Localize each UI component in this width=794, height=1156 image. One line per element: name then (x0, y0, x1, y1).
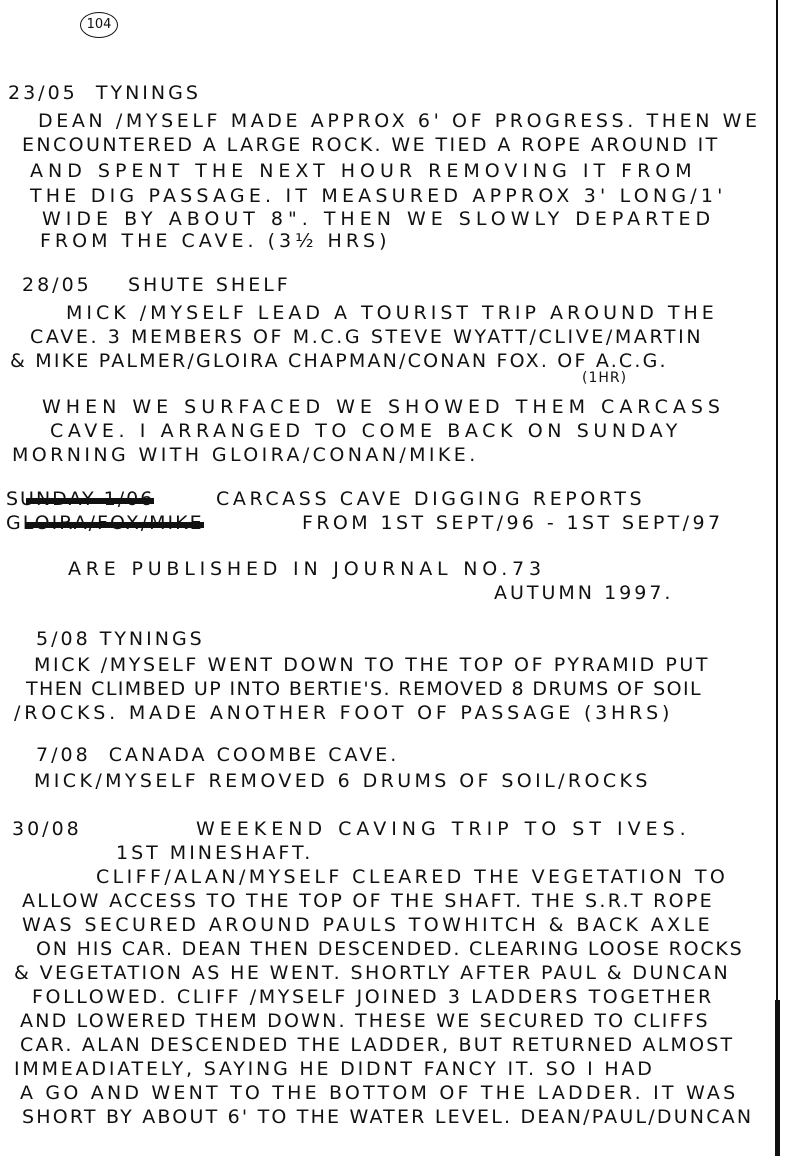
entry-line: THE DIG PASSAGE. IT MEASURED APPROX 3' L… (30, 185, 727, 207)
entry-line: MORNING WITH GLOIRA/CONAN/MIKE. (12, 444, 479, 466)
entry-line: MICK /MYSELF WENT DOWN TO THE TOP OF PYR… (34, 654, 710, 676)
entry-line: ON HIS CAR. DEAN THEN DESCENDED. CLEARIN… (36, 938, 744, 960)
entry-2-heading: 28/05 SHUTE SHELF (22, 274, 291, 296)
entry-location: TYNINGS (100, 628, 205, 650)
entry-date: 5/08 (36, 628, 91, 650)
entry-line: AND LOWERED THEM DOWN. THESE WE SECURED … (20, 1010, 710, 1032)
entry-line: ENCOUNTERED A LARGE ROCK. WE TIED A ROPE… (22, 134, 720, 156)
entry-line: THEN CLIMBED UP INTO BERTIE'S. REMOVED 8… (26, 678, 702, 700)
reports-line: ARE PUBLISHED IN JOURNAL NO.73 (68, 558, 546, 580)
entry-location: CANADA COOMBE CAVE. (109, 744, 400, 766)
entry-subheading: 1ST MINESHAFT. (116, 842, 313, 864)
entry-date: 30/08 (12, 818, 82, 840)
entry-line: FOLLOWED. CLIFF /MYSELF JOINED 3 LADDERS… (32, 986, 714, 1008)
reports-line: FROM 1ST SEPT/96 - 1ST SEPT/97 (302, 512, 723, 534)
entry-4-heading: 5/08 TYNINGS (36, 628, 205, 650)
logbook-page: 104 23/05 TYNINGS DEAN /MYSELF MADE APPR… (0, 0, 794, 1156)
right-margin-rule (776, 0, 778, 1156)
entry-1-heading: 23/05 TYNINGS (8, 82, 201, 104)
entry-line: AND SPENT THE NEXT HOUR REMOVING IT FROM (30, 160, 697, 182)
reports-line: AUTUMN 1997. (494, 582, 673, 604)
entry-line: MICK/MYSELF REMOVED 6 DRUMS OF SOIL/ROCK… (34, 770, 651, 792)
entry-line: CAVE. 3 MEMBERS OF M.C.G STEVE WYATT/CLI… (30, 326, 703, 348)
entry-date: 28/05 (22, 274, 92, 296)
page-number: 104 (80, 12, 118, 38)
entry-line: DEAN /MYSELF MADE APPROX 6' OF PROGRESS.… (38, 110, 761, 132)
entry-line: FROM THE CAVE. (3½ HRS) (40, 230, 391, 252)
entry-line: WIDE BY ABOUT 8". THEN WE SLOWLY DEPARTE… (42, 208, 715, 230)
entry-line: WHEN WE SURFACED WE SHOWED THEM CARCASS (42, 396, 725, 418)
entry-line: SHORT BY ABOUT 6' TO THE WATER LEVEL. DE… (22, 1106, 753, 1128)
entry-line: CAR. ALAN DESCENDED THE LADDER, BUT RETU… (20, 1034, 734, 1056)
entry-location: WEEKEND CAVING TRIP TO ST IVES. (196, 818, 691, 840)
entry-line: MICK /MYSELF LEAD A TOURIST TRIP AROUND … (66, 302, 718, 324)
entry-line: & VEGETATION AS HE WENT. SHORTLY AFTER P… (14, 962, 730, 984)
entry-line: /ROCKS. MADE ANOTHER FOOT OF PASSAGE (3H… (14, 702, 673, 724)
time-insertion: (1HR) (582, 370, 627, 386)
entry-location: SHUTE SHELF (128, 274, 291, 296)
reports-line: CARCASS CAVE DIGGING REPORTS (216, 488, 645, 510)
struck-out-text: GLOIRA/FOX/MIKE (6, 512, 204, 534)
entry-line: & MIKE PALMER/GLOIRA CHAPMAN/CONAN FOX. … (10, 350, 668, 372)
entry-line: IMMEADIATELY, SAYING HE DIDNT FANCY IT. … (14, 1058, 655, 1080)
right-margin-rule-thick (775, 1000, 780, 1156)
struck-out-text: SUNDAY 1/06 (6, 488, 154, 510)
entry-5-heading: 7/08 CANADA COOMBE CAVE. (36, 744, 399, 766)
entry-date: 23/05 (8, 82, 78, 104)
entry-line: WAS SECURED AROUND PAULS TOWHITCH & BACK… (22, 914, 713, 936)
entry-line: CLIFF/ALAN/MYSELF CLEARED THE VEGETATION… (96, 866, 728, 888)
entry-location: TYNINGS (96, 82, 201, 104)
entry-line: ALLOW ACCESS TO THE TOP OF THE SHAFT. TH… (22, 890, 714, 912)
entry-line: A GO AND WENT TO THE BOTTOM OF THE LADDE… (20, 1082, 738, 1104)
entry-date: 7/08 (36, 744, 91, 766)
entry-line: CAVE. I ARRANGED TO COME BACK ON SUNDAY (50, 420, 682, 442)
